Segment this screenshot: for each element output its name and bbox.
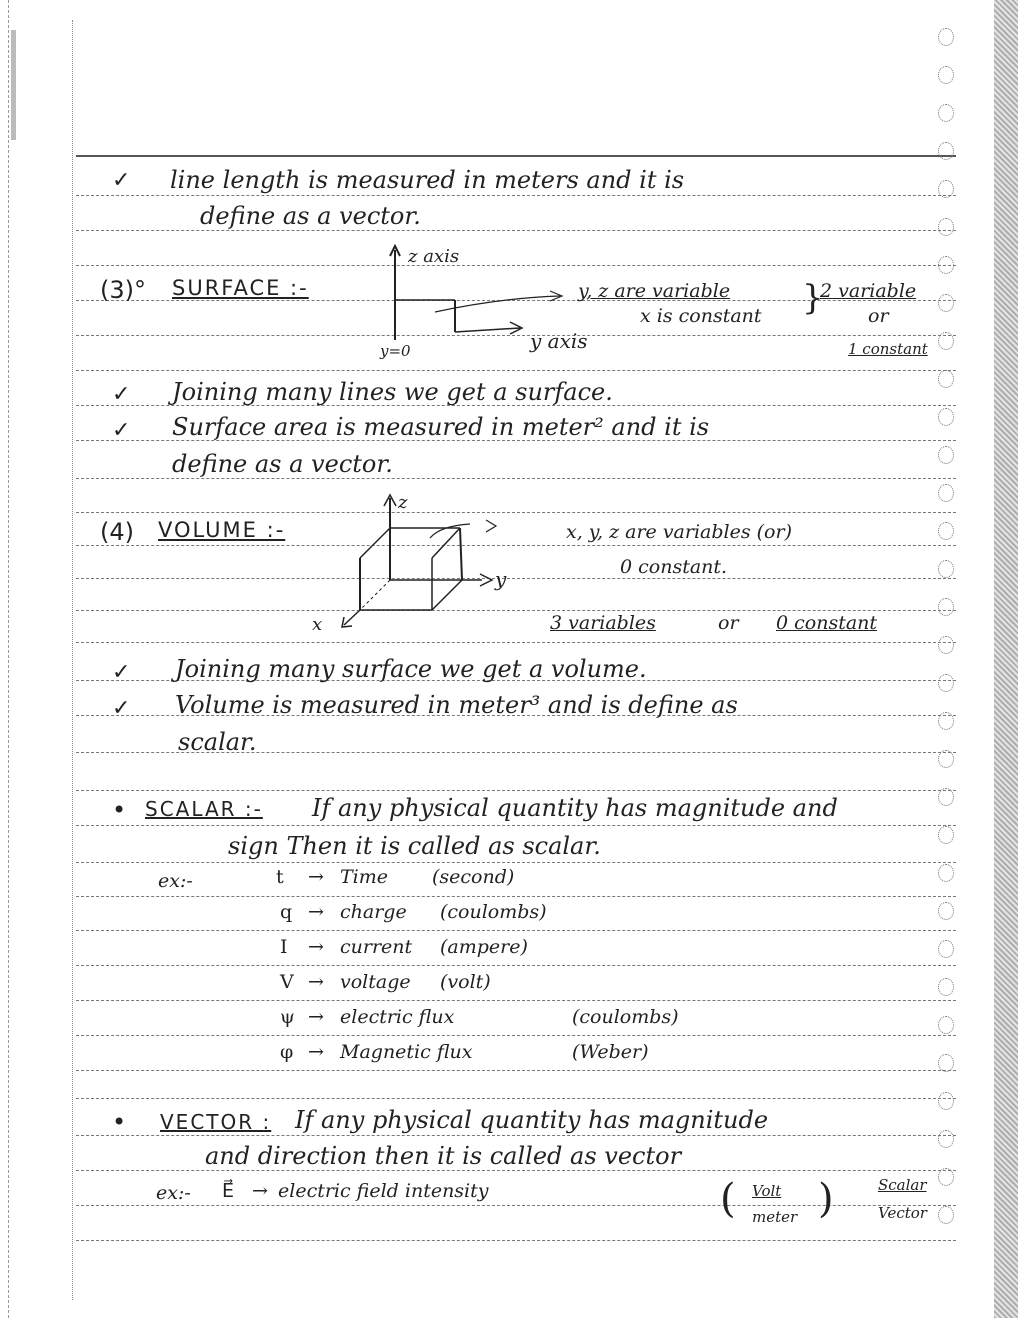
punch-hole	[938, 104, 954, 122]
punch-hole	[938, 1016, 954, 1034]
surface-side-note-top: 2 variable	[820, 280, 916, 302]
punch-hole	[938, 370, 954, 388]
example-unit: (second)	[432, 866, 514, 888]
volume-y-label: y	[494, 567, 507, 591]
ruled-line	[76, 1098, 956, 1099]
example-name: Time	[340, 866, 388, 888]
check-mark-icon: ✓	[112, 168, 130, 193]
punch-hole	[938, 332, 954, 350]
bullet-dot: •	[112, 796, 126, 824]
ruled-line	[76, 478, 956, 479]
surface-z-axis-label: z axis	[407, 246, 459, 267]
volume-summary-right: 0 constant	[776, 612, 877, 634]
example-unit: (coulombs)	[572, 1006, 679, 1028]
ruled-line	[76, 862, 956, 863]
punch-hole	[938, 826, 954, 844]
scalar-heading: SCALAR :-	[145, 797, 263, 821]
punch-hole	[938, 1130, 954, 1148]
check-mark-icon: ✓	[112, 660, 130, 685]
punch-hole	[938, 256, 954, 274]
ruled-line	[76, 1135, 956, 1136]
volume-note-2: 0 constant.	[620, 556, 727, 578]
ruled-line	[76, 1070, 956, 1071]
surface-side-note-bottom: 1 constant	[848, 340, 928, 358]
punch-hole	[938, 28, 954, 46]
ruled-line	[76, 370, 956, 371]
example-name: Magnetic flux	[340, 1041, 472, 1063]
surface-heading: SURFACE :-	[172, 276, 309, 300]
vector-unit-denominator: meter	[752, 1208, 797, 1226]
punch-hole	[938, 864, 954, 882]
example-symbol: ψ	[280, 1006, 295, 1028]
punch-hole	[938, 180, 954, 198]
punch-hole	[938, 484, 954, 502]
vector-example-symbol: E⃗	[222, 1180, 234, 1202]
ruled-line	[76, 195, 956, 196]
volume-z-label: z	[397, 492, 408, 513]
vector-definition-2: and direction then it is called as vecto…	[205, 1142, 681, 1170]
line-bullet-1-cont: define as a vector.	[200, 202, 421, 230]
bullet-dot: •	[112, 1108, 126, 1136]
punch-hole	[938, 560, 954, 578]
surface-bullet-2: Surface area is measured in meter² and i…	[172, 413, 709, 441]
punch-hole	[938, 1206, 954, 1224]
scalar-examples-label: ex:-	[158, 870, 193, 892]
punch-hole	[938, 902, 954, 920]
volume-bullet-1: Joining many surface we get a volume.	[175, 655, 647, 683]
punch-hole	[938, 66, 954, 84]
example-symbol: I	[280, 936, 288, 958]
ruled-line	[76, 930, 956, 931]
paren-left: (	[720, 1176, 736, 1222]
punch-hole	[938, 218, 954, 236]
vector-definition-1: If any physical quantity has magnitude	[295, 1106, 768, 1134]
volume-bullet-2-cont: scalar.	[178, 728, 257, 756]
ruled-line	[76, 965, 956, 966]
example-unit: (coulombs)	[440, 901, 547, 923]
arrow-icon: →	[308, 901, 324, 923]
volume-number: (4)	[100, 518, 134, 546]
example-unit: (volt)	[440, 971, 491, 993]
example-name: electric flux	[340, 1006, 454, 1028]
paren-right: )	[818, 1176, 834, 1222]
volume-summary-mid: or	[718, 612, 739, 634]
surface-y-axis-label: y axis	[529, 329, 588, 353]
arrow-icon: →	[252, 1180, 268, 1202]
punch-hole	[938, 408, 954, 426]
punch-hole	[938, 1092, 954, 1110]
punch-hole	[938, 712, 954, 730]
example-unit: (ampere)	[440, 936, 528, 958]
notebook-page: ✓ line length is measured in meters and …	[0, 0, 1018, 1318]
vector-unit-numerator: Volt	[752, 1182, 781, 1200]
ruled-line	[76, 790, 956, 791]
example-symbol: q	[280, 901, 292, 923]
surface-bullet-1: Joining many lines we get a surface.	[172, 378, 613, 406]
volume-summary-left: 3 variables	[550, 612, 656, 634]
vector-heading: VECTOR :	[160, 1110, 271, 1134]
example-unit: (Weber)	[572, 1041, 649, 1063]
arrow-icon: →	[308, 1041, 324, 1063]
example-name: charge	[340, 901, 407, 923]
volume-note-1: x, y, z are variables (or)	[566, 521, 792, 543]
check-mark-icon: ✓	[112, 696, 130, 721]
ruled-line	[76, 896, 956, 897]
example-symbol: φ	[280, 1041, 293, 1063]
ruled-line	[76, 825, 956, 826]
punch-hole	[938, 636, 954, 654]
scan-left-edge	[8, 0, 15, 1318]
example-symbol: V	[280, 971, 294, 993]
surface-number: (3)°	[100, 276, 146, 304]
punch-hole	[938, 940, 954, 958]
vector-side-note-top: Scalar	[878, 1176, 927, 1194]
example-name: current	[340, 936, 412, 958]
check-mark-icon: ✓	[112, 418, 130, 443]
example-symbol: t	[276, 866, 284, 888]
punch-hole	[938, 1054, 954, 1072]
arrow-icon: →	[308, 866, 324, 888]
punch-hole	[938, 674, 954, 692]
arrow-icon: →	[308, 971, 324, 993]
ruled-line	[76, 230, 956, 231]
ruled-line	[76, 1240, 956, 1241]
volume-x-label: x	[312, 614, 322, 635]
scalar-definition-2: sign Then it is called as scalar.	[228, 832, 601, 860]
surface-bullet-2-cont: define as a vector.	[172, 450, 393, 478]
surface-note-2: x is constant	[640, 305, 762, 327]
vector-example-name: electric field intensity	[278, 1180, 489, 1202]
punch-hole	[938, 750, 954, 768]
punch-hole	[938, 522, 954, 540]
surface-side-note-mid: or	[868, 305, 889, 327]
arrow-icon: →	[308, 936, 324, 958]
line-bullet-1: line length is measured in meters and it…	[170, 166, 684, 194]
punch-hole	[938, 978, 954, 996]
ruled-line	[76, 1000, 956, 1001]
ruled-line	[76, 1035, 956, 1036]
vector-examples-label: ex:-	[156, 1182, 191, 1204]
surface-origin-label: y=0	[379, 342, 411, 360]
punch-hole	[938, 1168, 954, 1186]
volume-bullet-2: Volume is measured in meter³ and is defi…	[175, 691, 738, 719]
surface-axes-diagram: z axis y=0 y axis	[380, 240, 580, 360]
vector-side-note-bottom: Vector	[878, 1204, 927, 1222]
ruled-line	[76, 155, 956, 157]
punch-hole	[938, 788, 954, 806]
check-mark-icon: ✓	[112, 382, 130, 407]
margin-line	[72, 20, 73, 1300]
surface-note-1: y, z are variable	[578, 280, 730, 302]
punch-hole	[938, 294, 954, 312]
punch-hole	[938, 598, 954, 616]
volume-heading: VOLUME :-	[158, 518, 285, 542]
volume-cube-diagram: z y x	[300, 490, 530, 630]
arrow-icon: →	[308, 1006, 324, 1028]
scalar-definition-1: If any physical quantity has magnitude a…	[312, 794, 838, 822]
example-name: voltage	[340, 971, 411, 993]
scan-right-edge	[994, 0, 1018, 1318]
ruled-line	[76, 642, 956, 643]
punch-hole	[938, 142, 954, 160]
ruled-line	[76, 1170, 956, 1171]
punch-hole	[938, 446, 954, 464]
